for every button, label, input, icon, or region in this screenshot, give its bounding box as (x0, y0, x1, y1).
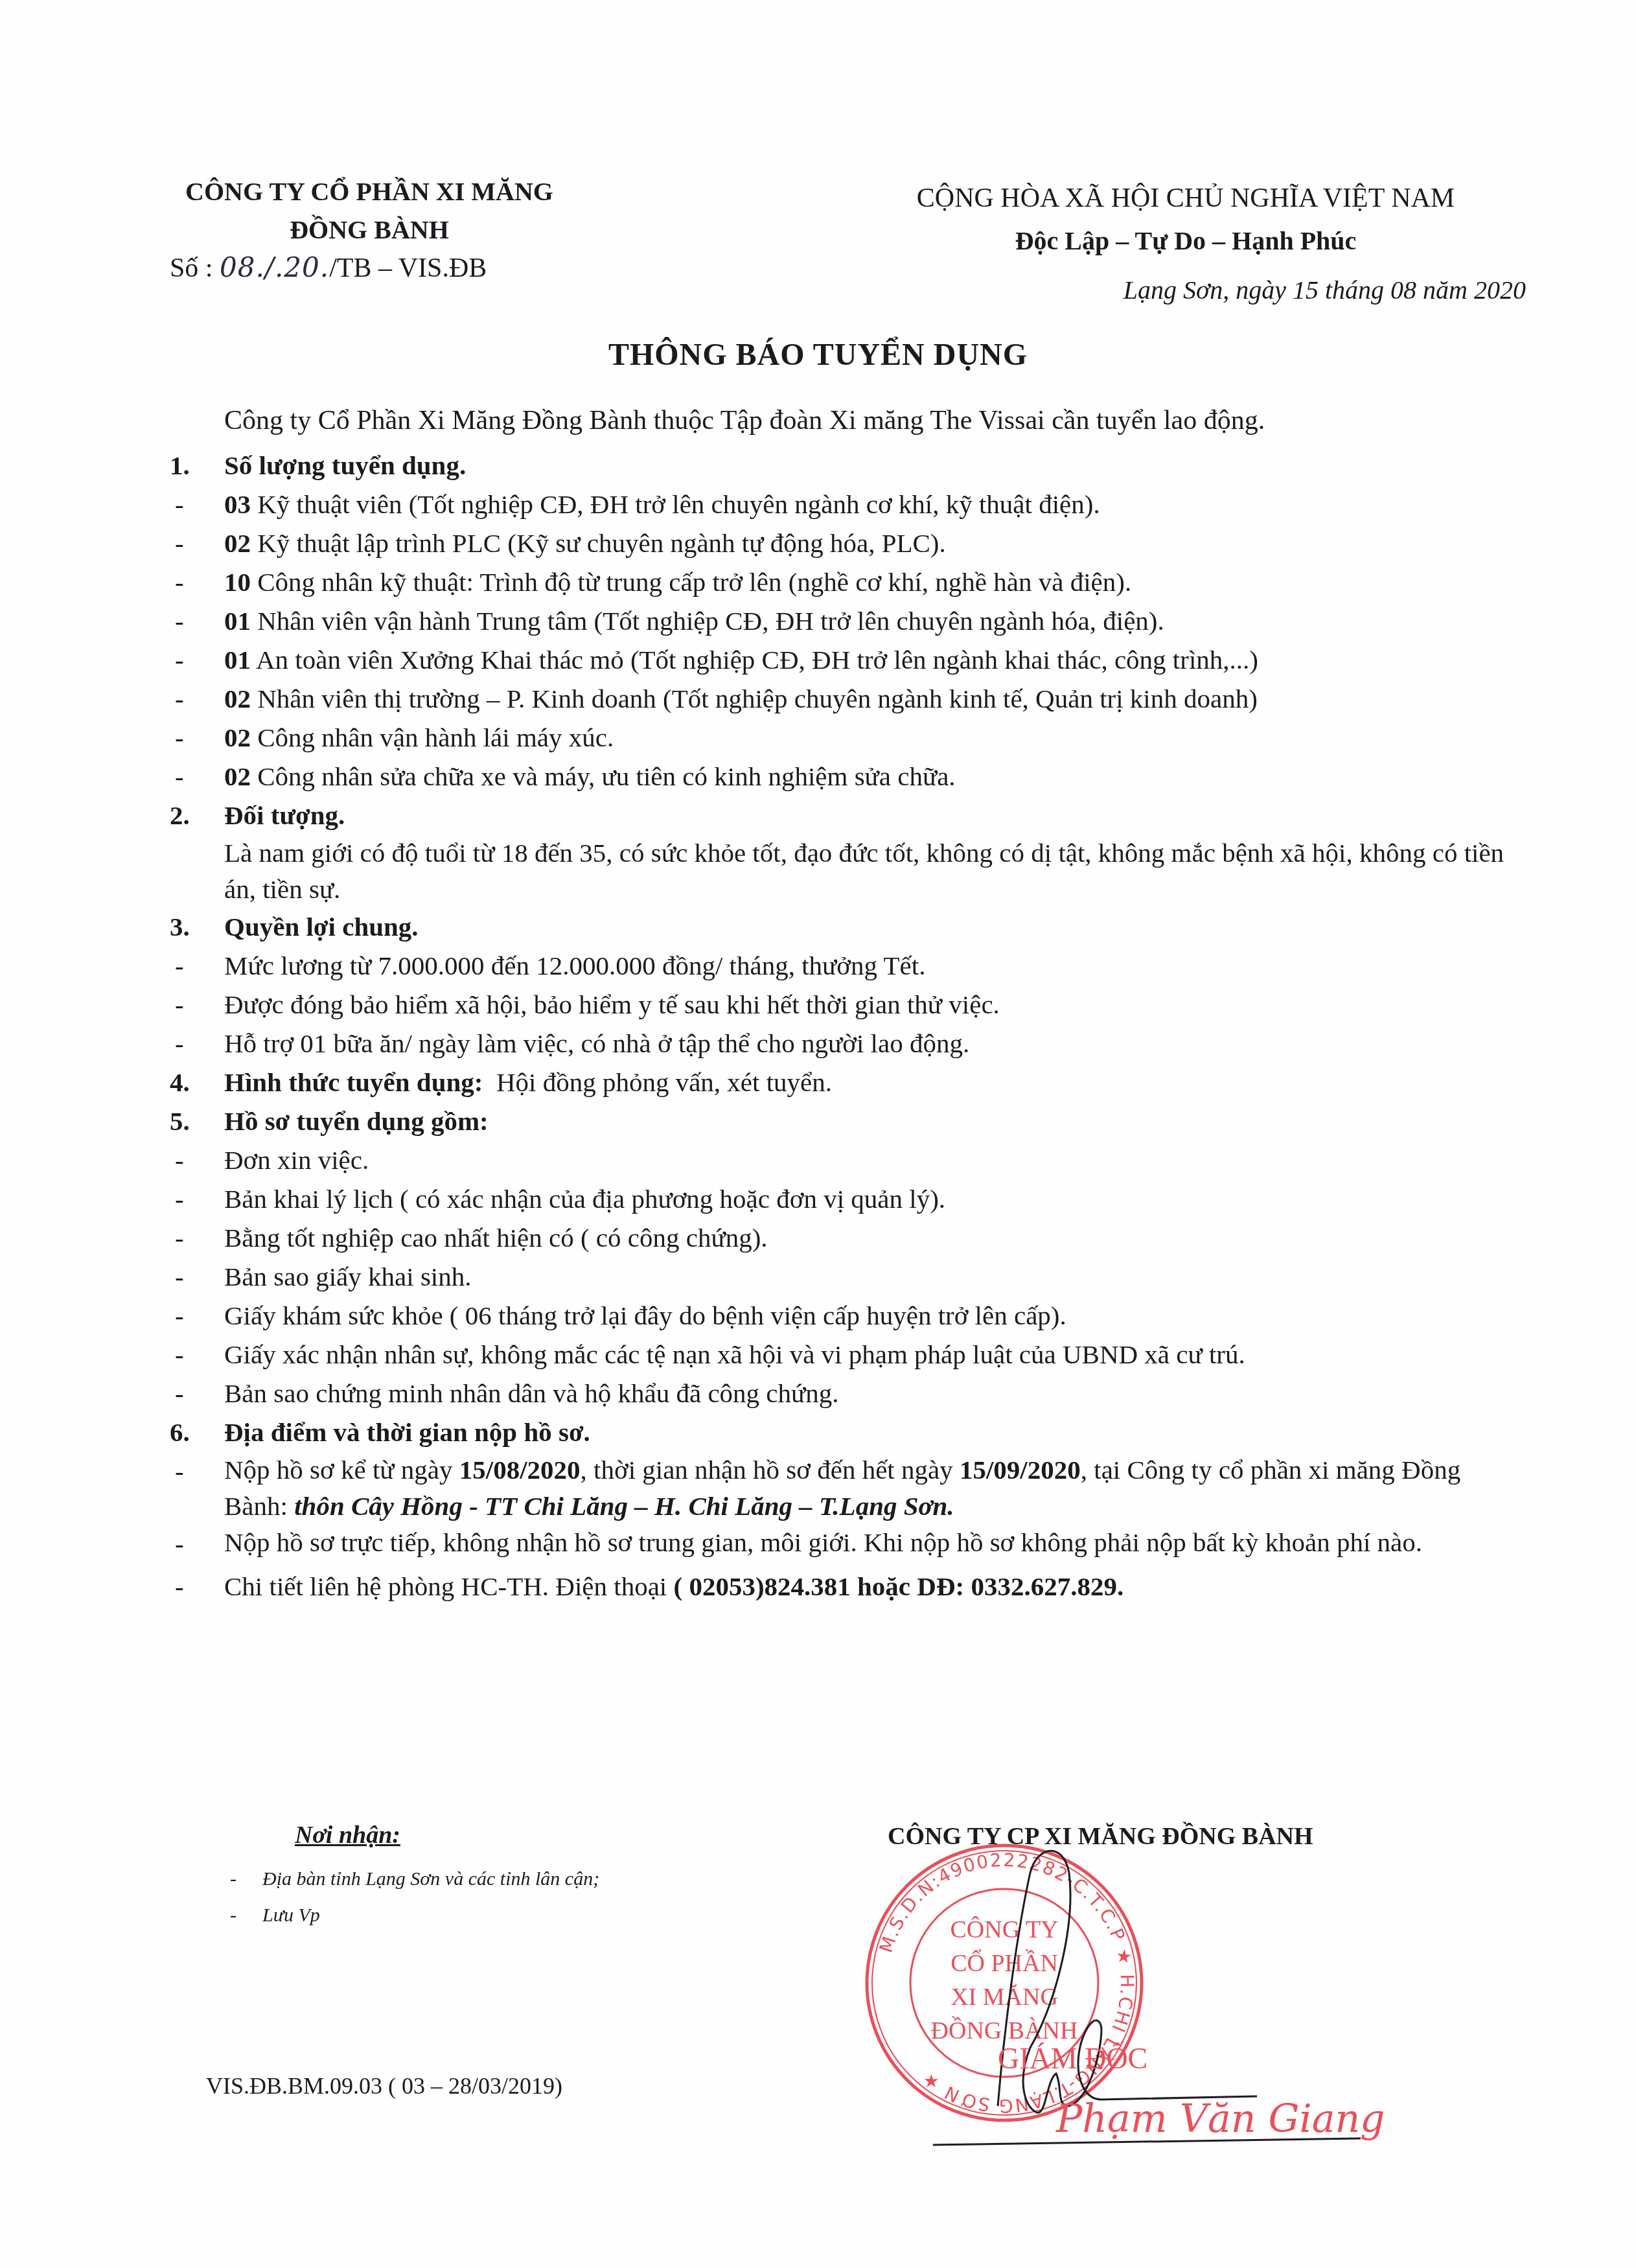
document-page: CÔNG TY CỔ PHẦN XI MĂNG ĐỒNG BÀNH Số : 0… (0, 0, 1636, 2268)
list-item: -02 Công nhân vận hành lái máy xúc. (170, 718, 1504, 757)
start-date: 15/08/2020 (459, 1455, 581, 1485)
national-header: CỘNG HÒA XÃ HỘI CHỦ NGHĨA VIỆT NAM Độc L… (855, 183, 1516, 256)
company-name-line2: ĐỒNG BÀNH (156, 214, 583, 245)
list-item: -01 An toàn viên Xưởng Khai thác mỏ (Tốt… (170, 640, 1504, 679)
company-name-line1: CÔNG TY CỔ PHẦN XI MĂNG (156, 176, 583, 207)
list-item: -Bản sao chứng minh nhân dân và hộ khẩu … (170, 1374, 1504, 1413)
place-date: Lạng Sơn, ngày 15 tháng 08 năm 2020 (1123, 275, 1526, 305)
recruitment-method: Hội đồng phỏng vấn, xét tuyển. (483, 1067, 832, 1098)
position-quantity: 03 (224, 489, 251, 519)
document-body: 1. Số lượng tuyển dụng. -03 Kỹ thuật viê… (170, 446, 1504, 1606)
section-heading: 2. Đối tượng. (170, 796, 1504, 835)
list-item: -Bản khai lý lịch ( có xác nhận của địa … (170, 1179, 1504, 1218)
position-quantity: 02 (224, 723, 251, 752)
section-heading: 5. Hồ sơ tuyển dụng gồm: (170, 1102, 1504, 1140)
company-address: thôn Cây Hồng - TT Chi Lăng – H. Chi Lăn… (294, 1491, 954, 1521)
list-item: -Bằng tốt nghiệp cao nhất hiện có ( có c… (170, 1218, 1504, 1257)
end-date: 15/09/2020 (960, 1455, 1081, 1485)
phone-number: ( 02053)824.381 (673, 1571, 850, 1601)
list-item: -02 Nhân viên thị trường – P. Kinh doanh… (170, 679, 1504, 718)
recipient-item: -Địa bàn tỉnh Lạng Sơn và các tỉnh lân c… (230, 1861, 599, 1897)
recipients-heading: Nơi nhận: (295, 1821, 400, 1849)
list-item: - Nộp hồ sơ kể từ ngày 15/08/2020, thời … (170, 1452, 1504, 1524)
list-item: -Được đóng bảo hiểm xã hội, bảo hiểm y t… (170, 985, 1504, 1024)
intro-paragraph: Công ty Cổ Phần Xi Măng Đồng Bành thuộc … (224, 405, 1265, 436)
list-item: -Bản sao giấy khai sinh. (170, 1257, 1504, 1296)
list-item: -Mức lương từ 7.000.000 đến 12.000.000 đ… (170, 946, 1504, 985)
position-quantity: 02 (224, 684, 251, 713)
nation-name: CỘNG HÒA XÃ HỘI CHỦ NGHĨA VIỆT NAM (855, 183, 1516, 214)
section-heading: 1. Số lượng tuyển dụng. (170, 446, 1504, 485)
list-item: -Hỗ trợ 01 bữa ăn/ ngày làm việc, có nhà… (170, 1024, 1504, 1063)
section-heading: 4. Hình thức tuyển dụng: Hội đồng phỏng … (170, 1063, 1504, 1102)
list-item: -Đơn xin việc. (170, 1140, 1504, 1179)
eligibility-paragraph: Là nam giới có độ tuổi từ 18 đến 35, có … (170, 835, 1504, 907)
list-item: -10 Công nhân kỹ thuật: Trình độ từ trun… (170, 562, 1504, 601)
national-motto: Độc Lập – Tự Do – Hạnh Phúc (855, 226, 1516, 256)
list-item: -03 Kỹ thuật viên (Tốt nghiệp CĐ, ĐH trở… (170, 485, 1504, 524)
company-header: CÔNG TY CỔ PHẦN XI MĂNG ĐỒNG BÀNH (156, 176, 583, 253)
section-heading: 6. Địa điểm và thời gian nộp hồ sơ. (170, 1413, 1504, 1452)
list-item: - Nộp hồ sơ trực tiếp, không nhận hồ sơ … (170, 1524, 1504, 1563)
position-quantity: 01 (224, 645, 251, 675)
list-item: -01 Nhân viên vận hành Trung tâm (Tốt ng… (170, 601, 1504, 640)
position-quantity: 02 (224, 528, 251, 558)
list-item: -Giấy khám sức khỏe ( 06 tháng trở lại đ… (170, 1296, 1504, 1335)
list-item: -02 Công nhân sửa chữa xe và máy, ưu tiê… (170, 757, 1504, 796)
list-item: -Giấy xác nhận nhân sự, không mắc các tệ… (170, 1335, 1504, 1374)
document-number: Số : 08./.20./TB – VIS.ĐB (170, 251, 487, 284)
position-quantity: 01 (224, 606, 251, 636)
position-quantity: 10 (224, 567, 251, 597)
list-item: - Chi tiết liên hệ phòng HC-TH. Điện tho… (170, 1567, 1504, 1606)
recipient-item: -Lưu Vp (230, 1897, 599, 1934)
signatory-name: Phạm Văn Giang (1056, 2096, 1385, 2142)
handwritten-number: 08./.20. (220, 251, 329, 283)
recipients-list: -Địa bàn tỉnh Lạng Sơn và các tỉnh lân c… (230, 1861, 599, 1934)
document-title: THÔNG BÁO TUYỂN DỤNG (0, 337, 1636, 373)
section-heading: 3. Quyền lợi chung. (170, 907, 1504, 946)
position-quantity: 02 (224, 761, 251, 791)
form-code: VIS.ĐB.BM.09.03 ( 03 – 28/03/2019) (206, 2072, 562, 2100)
mobile-number: DĐ: 0332.627.829. (917, 1571, 1123, 1601)
list-item: -02 Kỹ thuật lập trình PLC (Kỹ sư chuyên… (170, 524, 1504, 562)
signatory-title: GIÁM ĐỐC (998, 2041, 1147, 2076)
